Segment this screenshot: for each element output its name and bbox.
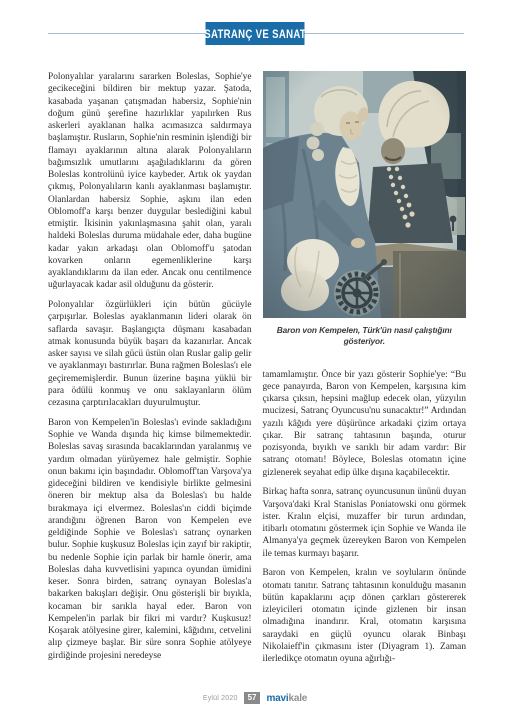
photo-baron-kempelen xyxy=(263,71,466,318)
paragraph: Polonyalılar özgürlükleri için bütün güc… xyxy=(48,299,252,409)
issue-date: Eylül 2020 xyxy=(203,695,238,702)
brand-mavi: mavi xyxy=(266,693,288,704)
page-footer: Eylül 2020 57 mavikale xyxy=(0,692,510,704)
section-title: SATRANÇ VE SANAT xyxy=(204,27,306,41)
article-columns: Polonyalılar yaralarını sararken Bolesla… xyxy=(48,71,466,673)
paragraph: Birkaç hafta sonra, satranç oyuncusunun … xyxy=(263,486,467,560)
paragraph: Baron von Kempelen'in Boleslas'ı evinde … xyxy=(48,417,252,662)
brand-kale: kale xyxy=(288,693,307,704)
paragraph: Polonyalılar yaralarını sararken Bolesla… xyxy=(48,71,252,292)
figure-caption: Baron von Kempelen, Türk'ün nasıl çalışt… xyxy=(277,325,453,347)
page-number-badge: 57 xyxy=(244,692,261,704)
magazine-page: SATRANÇ VE SANAT Polonyalılar yaralarını… xyxy=(0,0,510,721)
right-column: Baron von Kempelen, Türk'ün nasıl çalışt… xyxy=(263,71,467,673)
paragraph: tamamlamıştır. Önce bir yazı gösterir So… xyxy=(263,369,467,479)
magazine-brand: mavikale xyxy=(266,693,307,704)
paragraph: Baron von Kempelen, kralın ve soyluların… xyxy=(263,567,467,665)
article-figure: Baron von Kempelen, Türk'ün nasıl çalışt… xyxy=(263,71,467,347)
section-title-box: SATRANÇ VE SANAT xyxy=(206,22,305,45)
left-column: Polonyalılar yaralarını sararken Bolesla… xyxy=(48,71,252,673)
